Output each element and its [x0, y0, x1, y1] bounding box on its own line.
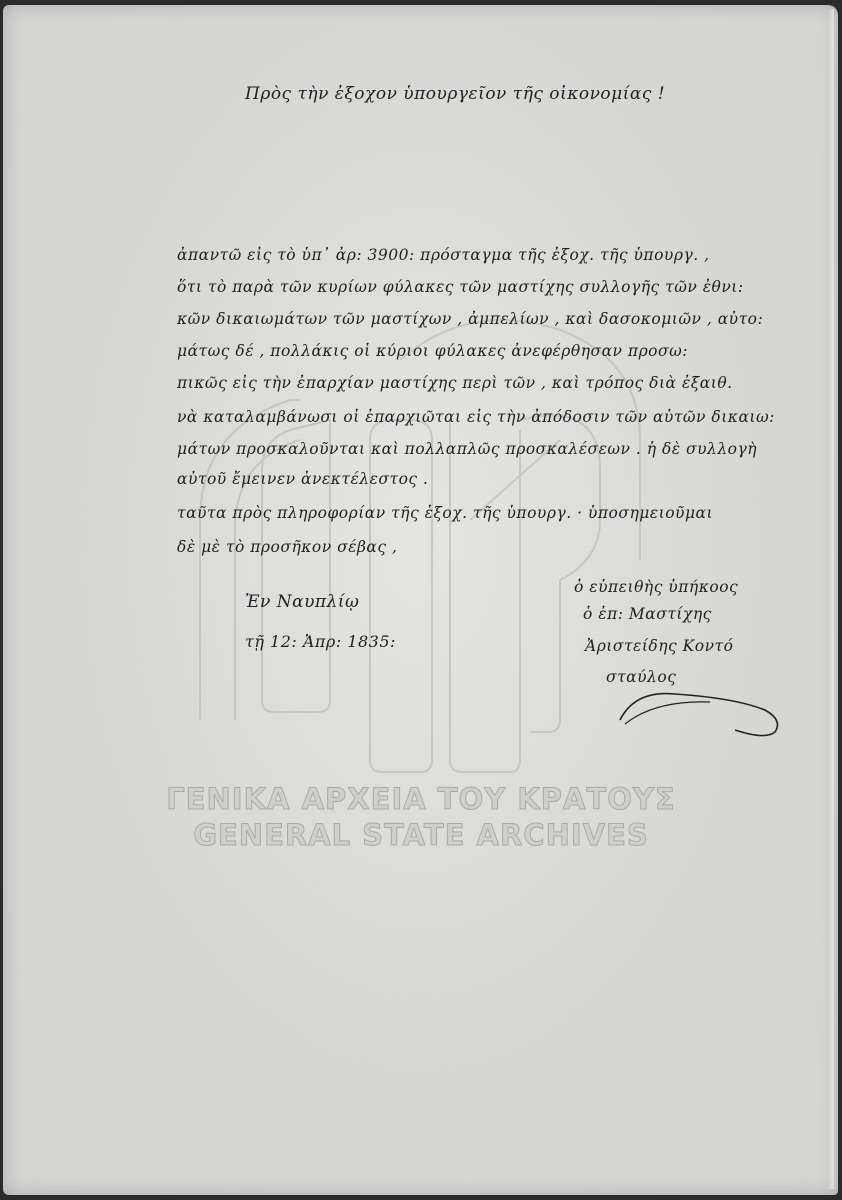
- signature-flourish: [615, 680, 785, 740]
- body-line: αὐτοῦ ἔμεινεν ἀνεκτέλεστος .: [177, 470, 428, 488]
- body-line: πικῶς εἰς τὴν ἐπαρχίαν μαστίχης περὶ τῶν…: [177, 374, 733, 392]
- body-line: μάτων προσκαλοῦνται καὶ πολλαπλῶς προσκα…: [177, 440, 757, 458]
- letter-place: Ἐν Ναυπλίῳ: [245, 592, 359, 612]
- scanned-page: ΓΕΝΙΚΑ ΑΡΧΕΙΑ ΤΟΥ ΚΡΑΤΟΥΣ GENERAL STATE …: [0, 0, 842, 1200]
- body-line: δὲ μὲ τὸ προσῆκον σέβας ,: [177, 538, 397, 556]
- body-line: νὰ καταλαμβάνωσι οἱ ἐπαρχιῶται εἰς τὴν ἀ…: [177, 408, 775, 426]
- body-line: κῶν δικαιωμάτων τῶν μαστίχων , ἀμπελίων …: [177, 310, 763, 328]
- signature-line: ὁ εὐπειθὴς ὑπήκοος: [574, 578, 738, 596]
- letter-date: τῇ 12: Ἀπρ: 1835:: [245, 632, 396, 651]
- signature-line: ὁ ἐπ: Μαστίχης: [583, 605, 712, 623]
- watermark-greek-text: ΓΕΝΙΚΑ ΑΡΧΕΙΑ ΤΟΥ ΚΡΑΤΟΥΣ: [0, 782, 842, 816]
- signature-name: Ἀριστείδης Κοντό: [585, 637, 733, 655]
- body-line: ὅτι τὸ παρὰ τῶν κυρίων φύλακες τῶν μαστί…: [177, 278, 744, 296]
- paper-sheet: [3, 5, 838, 1195]
- watermark-english-text: GENERAL STATE ARCHIVES: [0, 818, 842, 852]
- body-line: ταῦτα πρὸς πληροφορίαν τῆς ἐξοχ. τῆς ὑπο…: [177, 504, 713, 522]
- body-line: μάτως δέ , πολλάκις οἱ κύριοι φύλακες ἀν…: [177, 342, 688, 360]
- paper-edge-highlight: [828, 9, 834, 1189]
- letter-heading: Πρὸς τὴν ἐξοχον ὑπουργεῖον τῆς οἰκονομία…: [245, 84, 665, 104]
- body-line: ἀπαντῶ εἰς τὸ ὑπ᾽ ἀρ: 3900: πρόσταγμα τῆ…: [177, 246, 710, 264]
